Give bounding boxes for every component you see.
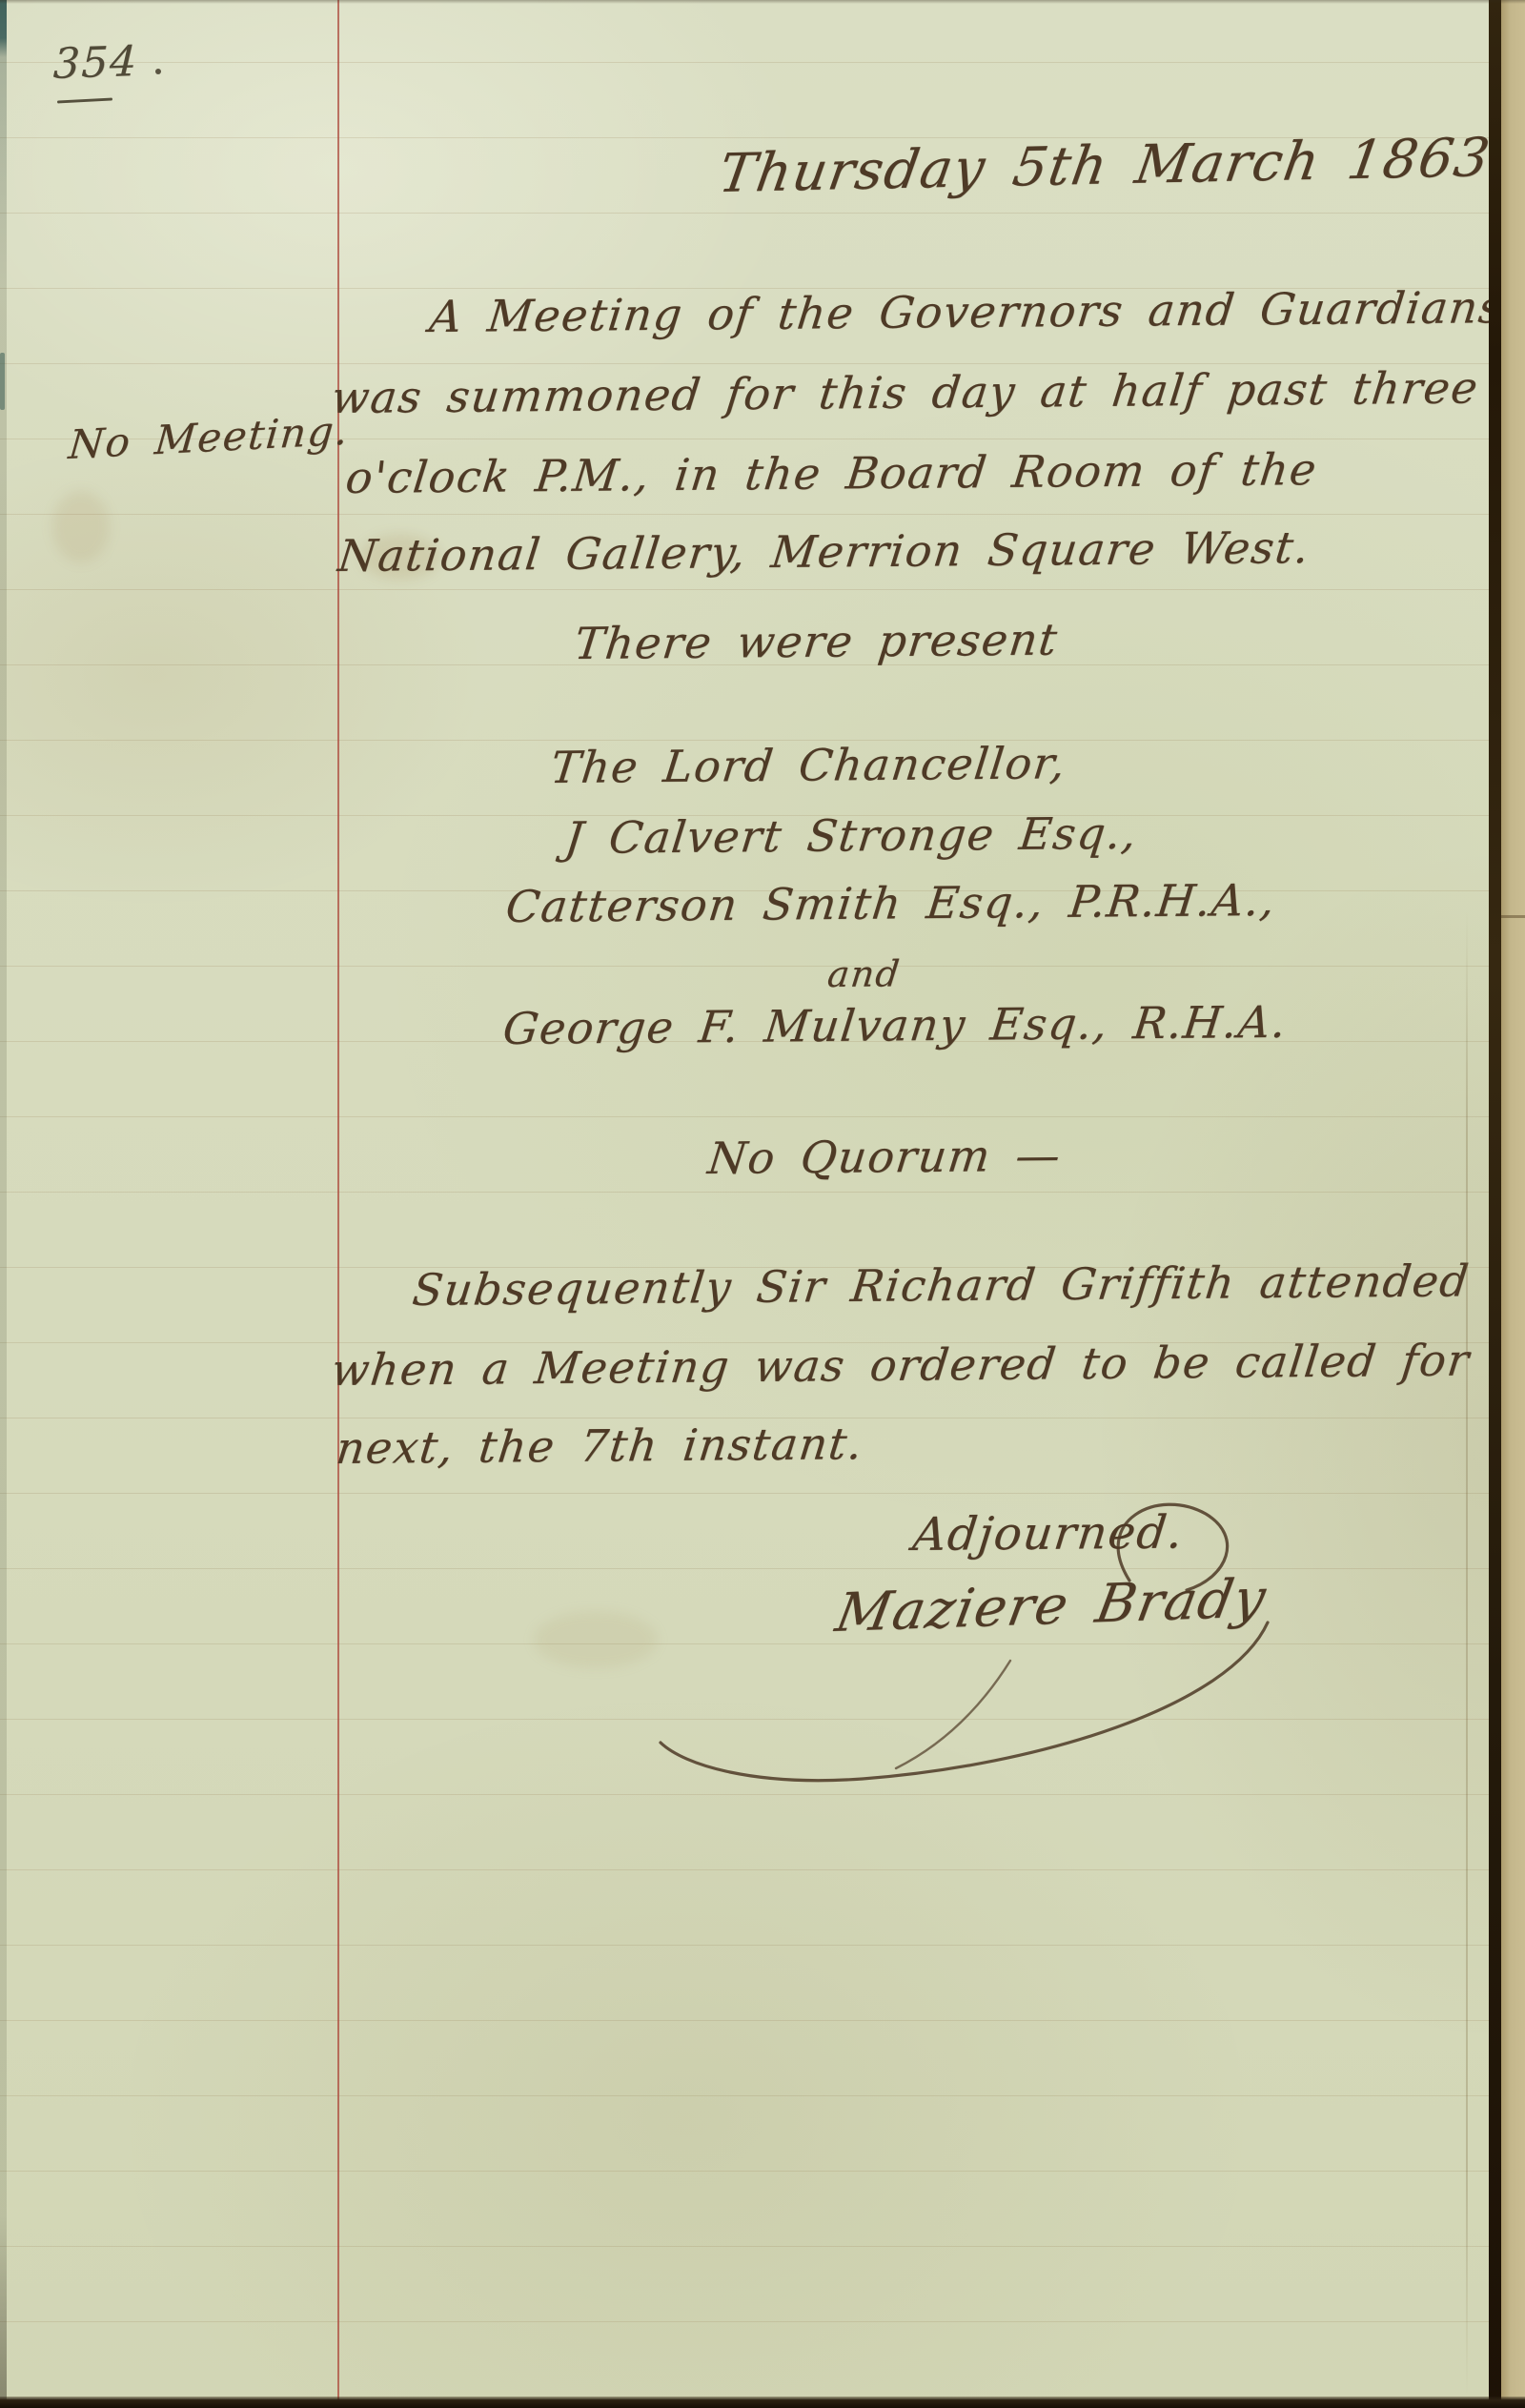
paragraph1-line1: A Meeting of the Governors and Guardians (427, 281, 1506, 342)
paragraph2-line3: next, the 7th instant. (334, 1418, 866, 1474)
no-quorum-note: No Quorum — (705, 1130, 1065, 1184)
bottom-edge-shadow (0, 2397, 1525, 2408)
top-edge-shadow (0, 0, 1525, 4)
page-edge-gap (1489, 0, 1501, 2408)
attendee-lord-chancellor: The Lord Chancellor, (548, 737, 1069, 793)
attendee-conjunction-and: and (825, 952, 903, 995)
page-number: 354 (52, 37, 138, 89)
next-page-edge (1501, 0, 1525, 2408)
paper-stain (52, 491, 110, 562)
present-heading: There were present (572, 614, 1061, 669)
red-margin-rule (337, 0, 339, 2408)
feint-ruled-lines (0, 0, 1525, 2408)
attendee-mulvany: George F. Mulvany Esq., R.H.A. (500, 996, 1290, 1054)
page-curl-line (1466, 910, 1468, 2398)
next-page-edge-break (1501, 915, 1525, 918)
attendee-stronge: J Calvert Stronge Esq., (562, 807, 1140, 864)
paper-stain (534, 1611, 658, 1668)
paragraph1-line3: o'clock P.M., in the Board Room of the (343, 443, 1320, 503)
ink-dot (155, 69, 161, 74)
attendee-catterson-smith: Catterson Smith Esq., P.R.H.A., (503, 874, 1279, 932)
left-binding-mark (0, 353, 5, 410)
ledger-page-scan: 354 Thursday 5th March 1863. No Meeting.… (0, 0, 1525, 2408)
paragraph1-line4: National Gallery, Merrion Square West. (335, 521, 1312, 582)
paragraph1-line2: was summoned for this day at half past t… (329, 362, 1481, 423)
adjourned-note: Adjourned. (910, 1506, 1187, 1561)
paragraph2-line1: Subsequently Sir Richard Griffith attend… (410, 1255, 1473, 1316)
